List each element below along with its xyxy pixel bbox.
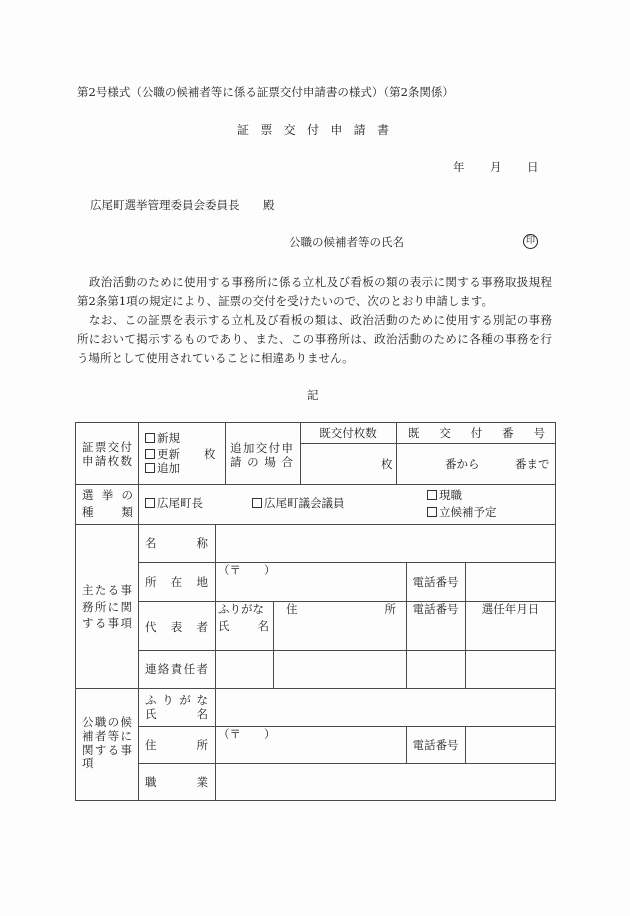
issuance-label-line-2: 申請枚数 <box>82 454 132 468</box>
office-phone-input[interactable] <box>465 562 556 602</box>
issuance-unit: 枚 <box>204 447 216 461</box>
checkbox-council[interactable] <box>252 498 262 508</box>
candidate-section-label-line-4: 項 <box>82 756 94 770</box>
candidate-name-label: 氏名 <box>145 707 208 721</box>
office-section-label-line-2: 務所に関 <box>82 600 132 614</box>
representative-address-label: 住所 <box>286 602 396 616</box>
applicant-name-label: 公職の候補者等の氏名 <box>289 235 404 249</box>
checkbox-incumbent[interactable] <box>427 490 437 500</box>
contact-phone-input[interactable] <box>406 650 466 689</box>
option-incumbent[interactable]: 現職 <box>427 488 462 502</box>
option-incumbent-label: 現職 <box>439 488 462 502</box>
option-renew[interactable]: 更新 <box>145 447 180 461</box>
option-mayor-label: 広尾町長 <box>157 496 203 510</box>
representative-phone-label: 電話番号 <box>406 602 465 616</box>
body-line-4: 所において掲示するものであり、また、この事務所は、政治活動のために各種の事務を行 <box>77 332 552 346</box>
checkbox-new[interactable] <box>145 433 155 443</box>
checkbox-renew[interactable] <box>145 449 155 459</box>
form-number: 第2号様式（公職の候補者等に係る証票交付申請書の様式）（第2条関係） <box>77 85 454 99</box>
office-phone-label: 電話番号 <box>406 575 465 589</box>
office-location-label: 所在地 <box>145 575 208 589</box>
office-section-label-line-3: する事項 <box>82 616 132 630</box>
office-section-label-line-1: 主たる事 <box>82 583 132 597</box>
checkbox-add[interactable] <box>145 463 155 473</box>
candidate-phone-label: 電話番号 <box>406 738 465 752</box>
option-renew-label: 更新 <box>157 447 180 461</box>
additional-label-line-2: 請の場合 <box>230 455 293 469</box>
checkbox-mayor[interactable] <box>145 498 155 508</box>
issued-numbers-header: 既交付番号 <box>408 426 545 440</box>
from-label: 番から <box>445 457 480 471</box>
election-label-line-1: 選挙の <box>82 488 133 502</box>
date-year-label: 年 <box>453 160 465 174</box>
office-name-label: 名称 <box>145 536 208 550</box>
checkbox-prospective[interactable] <box>427 507 437 517</box>
office-name-input[interactable] <box>215 524 556 563</box>
candidate-section-label-line-3: 関する事 <box>82 743 132 757</box>
representative-label: 代表者 <box>145 620 208 634</box>
candidate-address-label: 住所 <box>145 738 208 752</box>
option-mayor[interactable]: 広尾町長 <box>145 496 203 510</box>
issued-count-unit: 枚 <box>381 457 393 471</box>
contact-label: 連絡責任者 <box>145 662 208 676</box>
seal-icon: 印 <box>523 234 538 249</box>
option-add[interactable]: 追加 <box>145 461 180 475</box>
office-postal-label: （〒 ） <box>218 563 276 577</box>
option-new[interactable]: 新規 <box>145 431 180 445</box>
candidate-phone-input[interactable] <box>465 726 556 764</box>
contact-address-input[interactable] <box>273 650 407 689</box>
option-prospective-label: 立候補予定 <box>439 505 497 519</box>
issuance-label-line-1: 証票交付 <box>82 440 132 454</box>
election-label-line-2: 種類 <box>82 505 133 519</box>
page-title: 証票交付申請書 <box>237 123 389 137</box>
body-line-3: なお、この証票を表示する立札及び看板の類は、政治活動のために使用する別記の事務 <box>77 313 552 327</box>
representative-name-label: 氏名 <box>218 619 269 633</box>
contact-appointment-date-input[interactable] <box>465 650 556 689</box>
candidate-section-label-line-2: 補者等に <box>82 729 132 743</box>
candidate-furigana-label: ふりがな <box>145 693 208 707</box>
note-heading: 記 <box>307 388 319 402</box>
appointment-date-label: 選任年月日 <box>465 602 556 616</box>
option-prospective[interactable]: 立候補予定 <box>427 505 497 519</box>
option-new-label: 新規 <box>157 431 180 445</box>
body-line-5: う場所として使用されていることに相違ありません。 <box>77 351 354 365</box>
candidate-postal-label: （〒 ） <box>218 727 276 741</box>
candidate-section-label-line-1: 公職の候 <box>82 715 132 729</box>
date-day-label: 日 <box>527 160 539 174</box>
candidate-name-input[interactable] <box>215 688 556 727</box>
body-line-1: 政治活動のために使用する事務所に係る立札及び看板の類の表示に関する事務取扱規程 <box>77 275 552 289</box>
option-add-label: 追加 <box>157 461 180 475</box>
addressee: 広尾町選挙管理委員会委員長 <box>90 198 240 212</box>
option-council-label: 広尾町議会議員 <box>264 496 345 510</box>
issued-count-header: 既交付枚数 <box>300 426 396 440</box>
date-month-label: 月 <box>490 160 502 174</box>
honorific: 殿 <box>263 198 275 212</box>
contact-name-input[interactable] <box>215 650 274 689</box>
candidate-occupation-label: 職業 <box>145 775 208 789</box>
representative-furigana-label: ふりがな <box>218 602 264 616</box>
to-label: 番まで <box>515 457 550 471</box>
option-council[interactable]: 広尾町議会議員 <box>252 496 345 510</box>
additional-label-line-1: 追加交付申 <box>230 441 293 455</box>
body-line-2: 第2条第1項の規定により、証票の交付を受けたいので、次のとおり申請します。 <box>77 294 493 308</box>
candidate-occupation-input[interactable] <box>215 763 556 801</box>
